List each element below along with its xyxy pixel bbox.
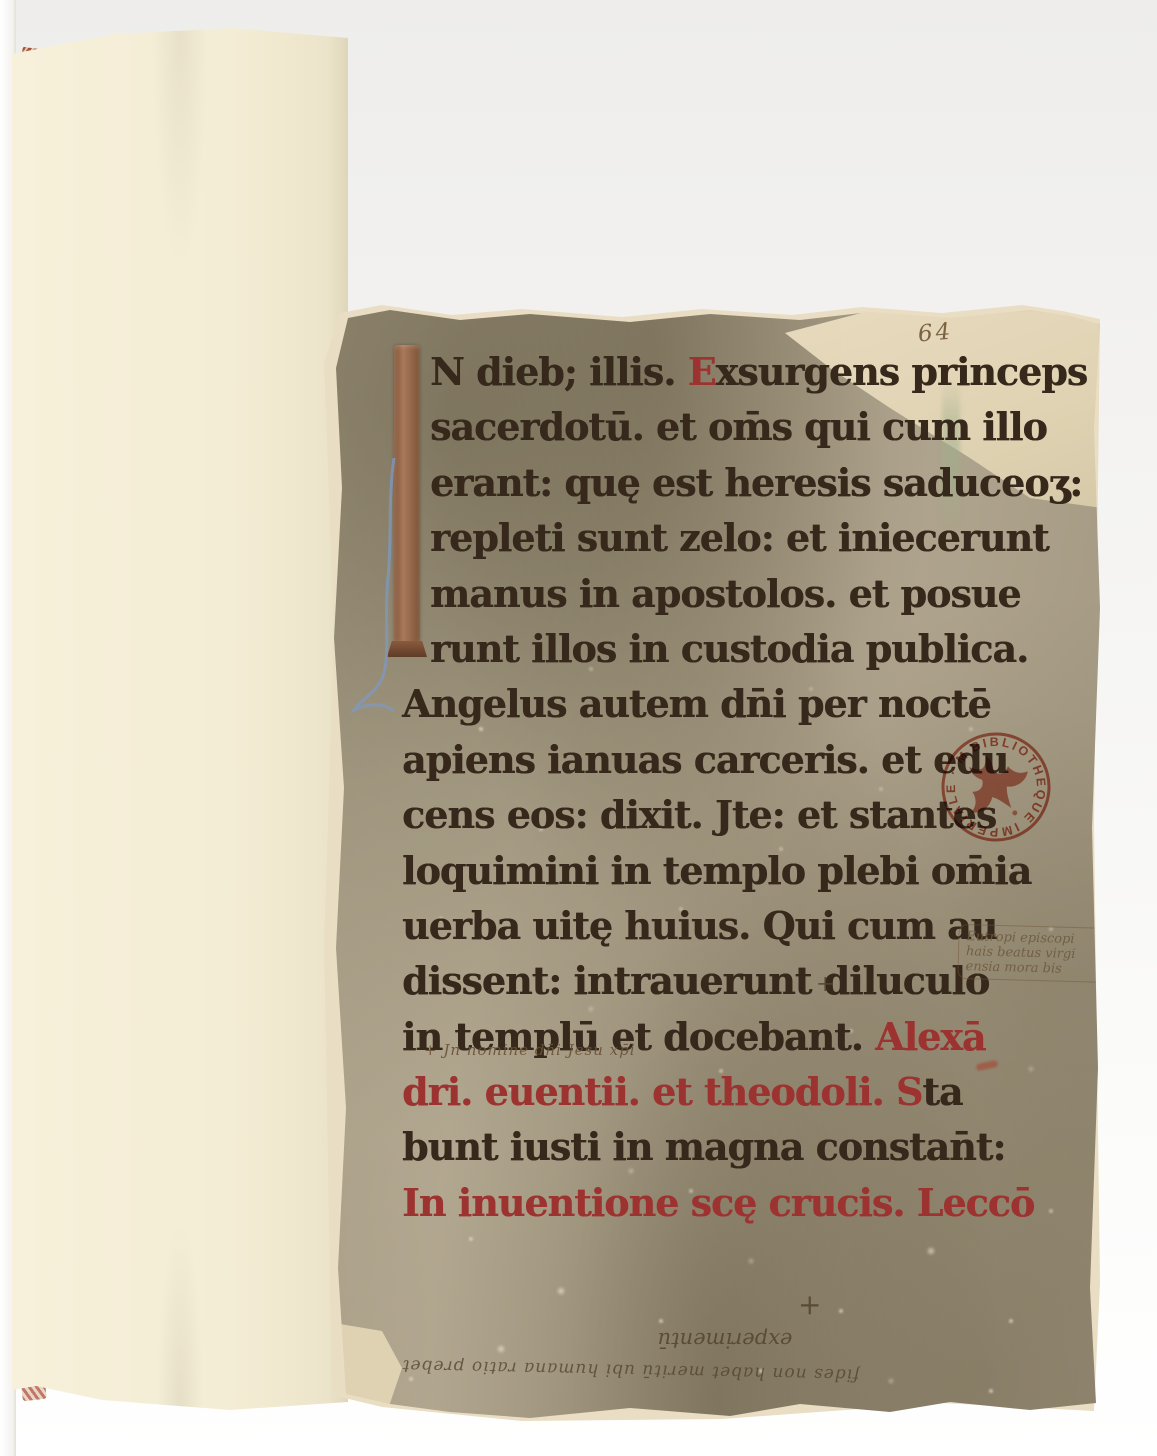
- interlinear-note: + Jn nomine dn̄i Jesu xp̄i: [424, 1041, 636, 1059]
- manuscript-line: dri. euentii. et theodoli. Sta: [402, 1066, 1062, 1121]
- manuscript-text-segment: runt illos in custodia publica.: [430, 626, 1028, 671]
- manuscript-line: N dieb; illis. Exsurgens princeps: [430, 346, 1062, 401]
- manuscript-text-segment: N dieb; illis.: [430, 349, 688, 394]
- folio-number: 64: [917, 319, 954, 348]
- manuscript-text-segment: Alexā: [875, 1014, 985, 1059]
- marginal-note-line: ensia mora bis: [965, 959, 1107, 978]
- manuscript-text-segment: Angelus autem dn̄i per noctē: [402, 681, 991, 726]
- manuscript-text-segment: cens eos: dixit. Jte: et stantes: [402, 792, 996, 837]
- marginal-note: Eutropi episcopihais beatus virgiensia m…: [957, 924, 1116, 983]
- photo-scene: 64 N dieb; illis. Exsurgens princepssace…: [0, 0, 1157, 1456]
- manuscript-line: Angelus autem dn̄i per noctē: [402, 678, 1062, 733]
- bottom-note-experimentum: experimentū: [630, 1328, 820, 1352]
- manuscript-line: manus in apostolos. et posue: [430, 568, 1062, 623]
- guard-page: [12, 28, 348, 1420]
- manuscript-line: sacerdotū. et om̄s qui cum illo: [430, 401, 1062, 456]
- manuscript-line: repleti sunt zelo: et iniecerunt: [430, 512, 1062, 567]
- manuscript-text-segment: In inuentione scę crucis. Leccō: [402, 1180, 1034, 1225]
- manuscript-text-segment: manus in apostolos. et posue: [430, 571, 1021, 616]
- manuscript-text-segment: repleti sunt zelo: et iniecerunt: [430, 515, 1049, 560]
- manuscript-text-segment: ta: [922, 1069, 962, 1114]
- manuscript-text-segment: erant: quę est heresis saduceoʒ:: [430, 460, 1082, 505]
- manuscript-text-segment: dri. euentii. et theodoli. S: [402, 1069, 922, 1114]
- cross-mark-docebant: +: [816, 972, 834, 997]
- manuscript-text-segment: bunt iusti in magna constan̄t:: [402, 1124, 1005, 1169]
- manuscript-text-segment: E: [688, 349, 716, 394]
- initial-flourish-icon: [348, 458, 418, 738]
- manuscript-text-segment: xsurgens princeps: [716, 349, 1088, 394]
- manuscript-text-segment: uerba uitę huius. Qui cum au: [402, 903, 997, 948]
- manuscript-line: In inuentione scę crucis. Leccō: [402, 1177, 1062, 1232]
- manuscript-line: runt illos in custodia publica.: [430, 623, 1062, 678]
- manuscript-leaf: 64 N dieb; illis. Exsurgens princepssace…: [330, 308, 1102, 1420]
- manuscript-line: erant: quę est heresis saduceoʒ:: [430, 457, 1062, 512]
- cross-mark-bottom: +: [798, 1288, 821, 1321]
- bottom-note-fides: fides non habet meritū ubi humana ratio …: [358, 1354, 903, 1385]
- manuscript-text-segment: sacerdotū. et om̄s qui cum illo: [430, 404, 1047, 449]
- manuscript-text-segment: loquimini in templo plebi om̄ia: [402, 848, 1031, 893]
- manuscript-line: bunt iusti in magna constan̄t:: [402, 1121, 1062, 1176]
- manuscript-text-segment: dissent: intrauerunt diluculo: [402, 958, 989, 1003]
